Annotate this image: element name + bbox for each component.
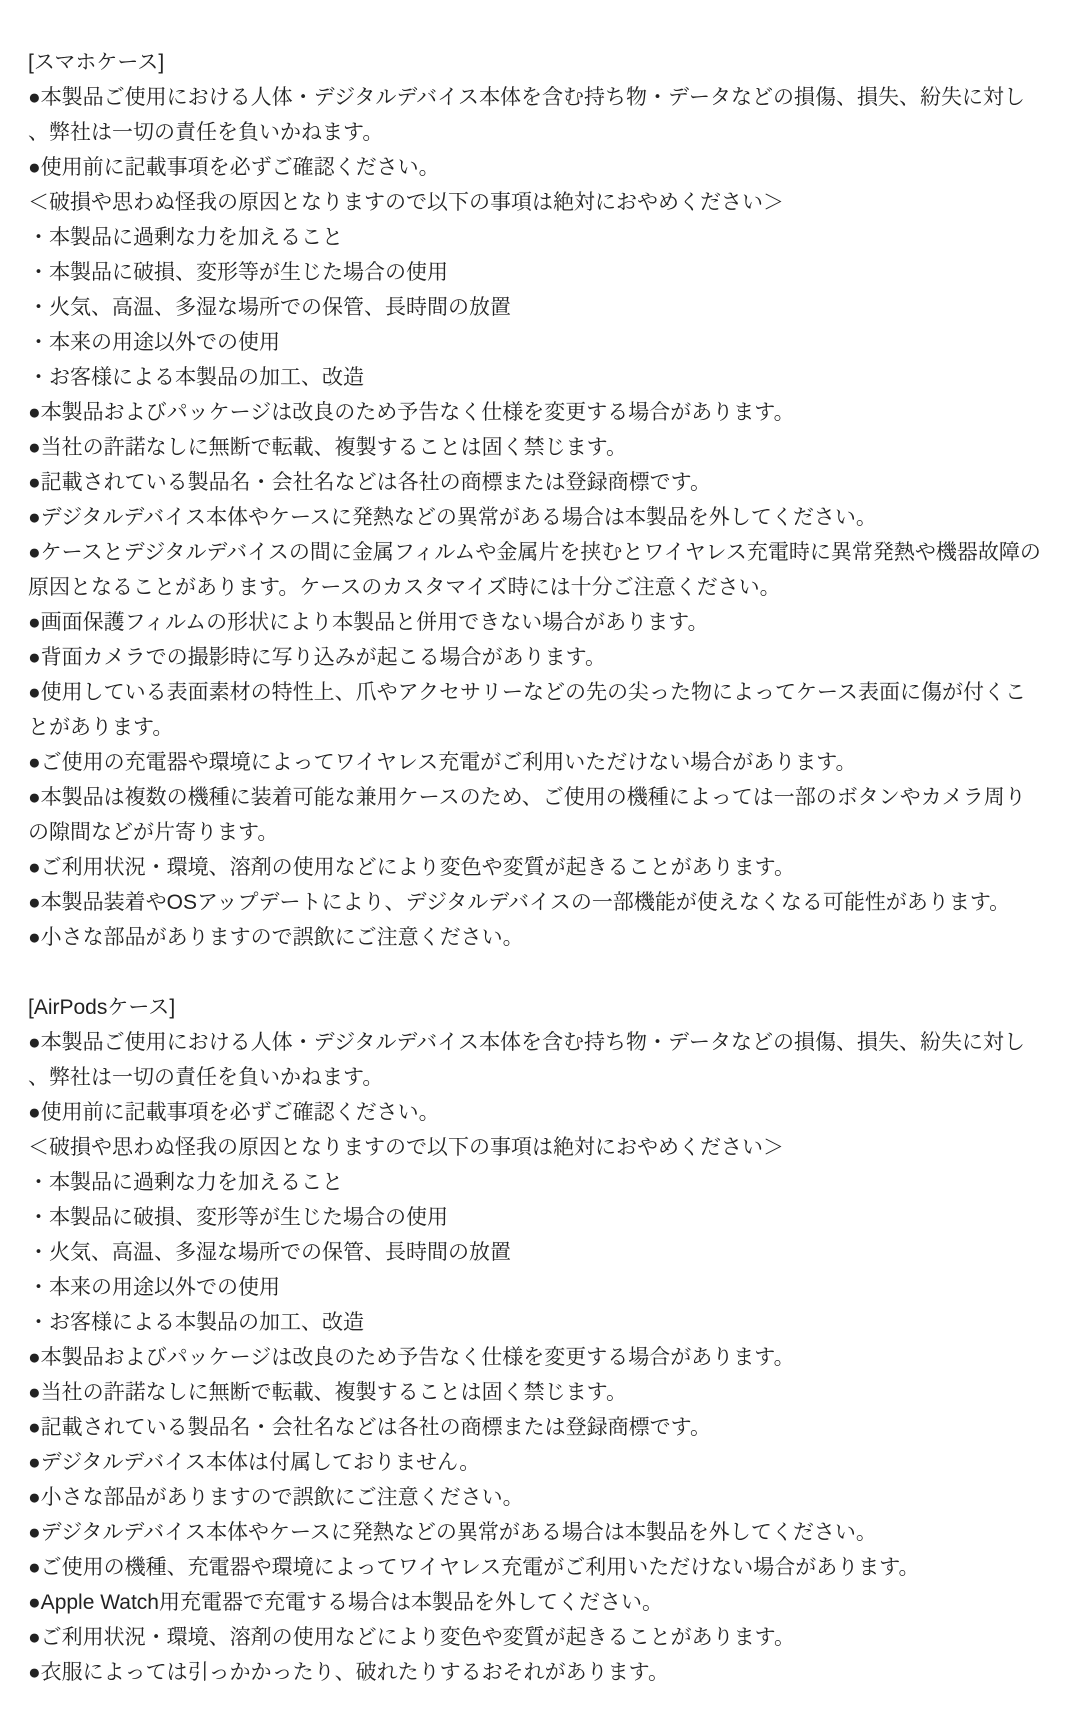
notice-line: ・火気、高温、多湿な場所での保管、長時間の放置 — [28, 1235, 1042, 1270]
notice-line: ●デジタルデバイス本体は付属しておりません。 — [28, 1445, 1042, 1480]
notice-line: ●本製品およびパッケージは改良のため予告なく仕様を変更する場合があります。 — [28, 1340, 1042, 1375]
notice-line: ・お客様による本製品の加工、改造 — [28, 1305, 1042, 1340]
notice-line: ・本来の用途以外での使用 — [28, 1270, 1042, 1305]
section-airpods-case: [AirPodsケース]●本製品ご使用における人体・デジタルデバイス本体を含む持… — [28, 990, 1042, 1690]
notice-line: ●小さな部品がありますので誤飲にご注意ください。 — [28, 920, 1042, 955]
notice-line: ・本製品に過剰な力を加えること — [28, 1165, 1042, 1200]
notice-line: ●記載されている製品名・会社名などは各社の商標または登録商標です。 — [28, 465, 1042, 500]
notice-line: ●使用している表面素材の特性上、爪やアクセサリーなどの先の尖った物によってケース… — [28, 675, 1042, 745]
notice-document: [スマホケース]●本製品ご使用における人体・デジタルデバイス本体を含む持ち物・デ… — [28, 45, 1042, 1690]
notice-line: ●使用前に記載事項を必ずご確認ください。 — [28, 150, 1042, 185]
notice-line: ●ご使用の機種、充電器や環境によってワイヤレス充電がご利用いただけない場合があり… — [28, 1550, 1042, 1585]
notice-line: ●使用前に記載事項を必ずご確認ください。 — [28, 1095, 1042, 1130]
notice-line: ・本来の用途以外での使用 — [28, 325, 1042, 360]
section-smartphone-case: [スマホケース]●本製品ご使用における人体・デジタルデバイス本体を含む持ち物・デ… — [28, 45, 1042, 955]
notice-line: ●本製品は複数の機種に装着可能な兼用ケースのため、ご使用の機種によっては一部のボ… — [28, 780, 1042, 850]
notice-line: ●デジタルデバイス本体やケースに発熱などの異常がある場合は本製品を外してください… — [28, 500, 1042, 535]
notice-line: ●ご利用状況・環境、溶剤の使用などにより変色や変質が起きることがあります。 — [28, 1620, 1042, 1655]
notice-line: ●Apple Watch用充電器で充電する場合は本製品を外してください。 — [28, 1585, 1042, 1620]
notice-line: ●衣服によっては引っかかったり、破れたりするおそれがあります。 — [28, 1655, 1042, 1690]
notice-line: ・お客様による本製品の加工、改造 — [28, 360, 1042, 395]
section-heading-smartphone-case: [スマホケース] — [28, 45, 1042, 80]
notice-line: ●本製品ご使用における人体・デジタルデバイス本体を含む持ち物・データなどの損傷、… — [28, 80, 1042, 150]
notice-line: ●ご利用状況・環境、溶剤の使用などにより変色や変質が起きることがあります。 — [28, 850, 1042, 885]
notice-line: ●背面カメラでの撮影時に写り込みが起こる場合があります。 — [28, 640, 1042, 675]
notice-line: ●本製品ご使用における人体・デジタルデバイス本体を含む持ち物・データなどの損傷、… — [28, 1025, 1042, 1095]
notice-line: ●画面保護フィルムの形状により本製品と併用できない場合があります。 — [28, 605, 1042, 640]
notice-line: ●記載されている製品名・会社名などは各社の商標または登録商標です。 — [28, 1410, 1042, 1445]
notice-line: ●ご使用の充電器や環境によってワイヤレス充電がご利用いただけない場合があります。 — [28, 745, 1042, 780]
notice-line: ●当社の許諾なしに無断で転載、複製することは固く禁じます。 — [28, 430, 1042, 465]
notice-line: ●小さな部品がありますので誤飲にご注意ください。 — [28, 1480, 1042, 1515]
notice-line: ●本製品装着やOSアップデートにより、デジタルデバイスの一部機能が使えなくなる可… — [28, 885, 1042, 920]
notice-line: ＜破損や思わぬ怪我の原因となりますので以下の事項は絶対におやめください＞ — [28, 185, 1042, 220]
notice-line: ●ケースとデジタルデバイスの間に金属フィルムや金属片を挟むとワイヤレス充電時に異… — [28, 535, 1042, 605]
notice-line: ●本製品およびパッケージは改良のため予告なく仕様を変更する場合があります。 — [28, 395, 1042, 430]
notice-line: ＜破損や思わぬ怪我の原因となりますので以下の事項は絶対におやめください＞ — [28, 1130, 1042, 1165]
notice-line: ・火気、高温、多湿な場所での保管、長時間の放置 — [28, 290, 1042, 325]
notice-line: ・本製品に破損、変形等が生じた場合の使用 — [28, 1200, 1042, 1235]
notice-line: ●デジタルデバイス本体やケースに発熱などの異常がある場合は本製品を外してください… — [28, 1515, 1042, 1550]
notice-line: ・本製品に過剰な力を加えること — [28, 220, 1042, 255]
notice-line: ●当社の許諾なしに無断で転載、複製することは固く禁じます。 — [28, 1375, 1042, 1410]
section-heading-airpods-case: [AirPodsケース] — [28, 990, 1042, 1025]
notice-line: ・本製品に破損、変形等が生じた場合の使用 — [28, 255, 1042, 290]
